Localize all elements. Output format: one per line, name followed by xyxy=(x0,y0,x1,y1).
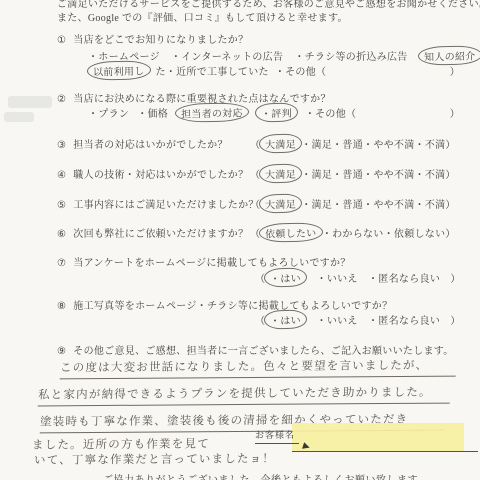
question-8-number: ⑧ xyxy=(57,301,66,312)
question-7-text: 当アンケートをホームページに掲載してもよろしいですか？ xyxy=(73,258,350,269)
option: ・インターネットの広告 xyxy=(171,48,283,63)
close-paren: ） xyxy=(450,105,460,120)
question-5: ⑤工事内容にはご満足いただけましたか？ xyxy=(57,196,259,211)
answer-options: ・いいえ ・匿名なら良い ） xyxy=(306,274,461,285)
handwritten-comment-line-2: 私と家内が納得できるようプランを提供していただき助かりました。 xyxy=(38,384,451,407)
customer-name-label: お客様名 xyxy=(255,428,299,444)
question-6: ⑥次回も弊社にご依頼いただけますか？ xyxy=(57,225,248,240)
answer-options: ・わからない・依頼しない） xyxy=(322,229,456,240)
question-6-answer: （依頼したい・わからない・依頼しない） xyxy=(250,225,456,240)
question-1-number: ① xyxy=(57,35,66,46)
question-2-number: ② xyxy=(57,94,66,105)
option-selected: 大満足 xyxy=(259,194,302,214)
question-4: ④職人の技術・対応はいかがでしたか？ xyxy=(57,166,248,181)
question-9: ⑨その他ご意見、ご感想、担当者に一言ございましたら、ご記入お願いいたします。 xyxy=(57,342,454,357)
question-7-number: ⑦ xyxy=(57,258,66,269)
question-4-answer: （大満足・満足・普通・やや不満・不満） xyxy=(250,166,456,181)
question-4-number: ④ xyxy=(57,170,66,181)
question-9-number: ⑨ xyxy=(57,346,66,357)
question-3-number: ③ xyxy=(57,140,66,151)
option: ・価格 xyxy=(137,105,168,120)
option-selected: 依頼したい xyxy=(259,222,323,242)
question-3: ③担当者の対応はいかがでしたか？ xyxy=(57,136,228,151)
question-6-number: ⑥ xyxy=(57,229,66,240)
question-8: ⑧施工写真等をホームページ・チラシ等に掲載してもよろしいですか？ xyxy=(57,297,392,312)
question-7: ⑦当アンケートをホームページに掲載してもよろしいですか？ xyxy=(57,254,351,269)
option-selected: 大満足 xyxy=(259,134,302,154)
question-3-answer: （大満足・満足・普通・やや不満・不満） xyxy=(250,136,456,151)
option: ・チラシ等の折込み広告 xyxy=(294,48,407,63)
redacted-name-highlight xyxy=(292,423,464,452)
answer-options: ・いいえ ・匿名なら良い ） xyxy=(306,316,461,327)
scanned-survey-page: ご満足いただけるサービスをご提供するため、お客様のご意見やご感想をお聞かせくださ… xyxy=(0,0,480,480)
question-2-options-row: ・プラン ・価格 担当者の対応 ・評判 ・その他（ ） xyxy=(88,105,460,120)
question-4-text: 職人の技術・対応はいかがでしたか？ xyxy=(73,170,248,181)
name-field-underline xyxy=(292,451,478,452)
question-1-text: 当店をどこでお知りになりましたか？ xyxy=(73,35,248,46)
handwritten-comment-line-5: いて、丁寧な作業だと言っていましたョ！ xyxy=(34,450,275,471)
question-1-options-row-2: 以前利用し た・近所で工事していた ・その他（ ） xyxy=(88,63,460,78)
question-6-text: 次回も弊社にご依頼いただけますか？ xyxy=(73,229,248,240)
option-selected: 大満足 xyxy=(259,164,302,184)
question-1-options-row-1: ・ホームページ ・インターネットの広告 ・チラシ等の折込み広告 知人の紹介 xyxy=(88,48,480,63)
scan-smudge xyxy=(8,96,52,108)
option: ・その他（ xyxy=(305,105,357,120)
answer-options: ・満足・普通・やや不満・不満） xyxy=(301,200,456,211)
close-paren: ） xyxy=(450,63,460,78)
question-1: ①当店をどこでお知りになりましたか？ xyxy=(57,31,248,46)
option: ・その他（ xyxy=(275,63,327,78)
answer-options: ・満足・普通・やや不満・不満） xyxy=(301,140,456,151)
answer-options: ・満足・普通・やや不満・不満） xyxy=(301,170,456,181)
question-5-number: ⑤ xyxy=(57,200,66,211)
handwritten-comment-line-1: この度は大変お世話になりました。色々と要望を言いましたが、 xyxy=(60,357,457,380)
intro-line-2: また、Google での『評価、口コミ』もして頂けると幸せます。 xyxy=(57,9,348,24)
scan-smudge xyxy=(4,112,34,122)
option-selected: ・はい xyxy=(264,310,307,330)
question-9-text: その他ご意見、ご感想、担当者に一言ございましたら、ご記入お願いいたします。 xyxy=(73,346,453,357)
question-2: ②当店にお決めになる際に重要視された点はなんですか？ xyxy=(57,90,331,105)
question-8-text: 施工写真等をホームページ・チラシ等に掲載してもよろしいですか？ xyxy=(73,301,392,312)
question-5-text: 工事内容にはご満足いただけましたか？ xyxy=(73,200,258,211)
option: ・プラン xyxy=(88,105,129,120)
option-selected: 担当者の対応 xyxy=(175,102,249,123)
question-8-answer: （・はい ・いいえ ・匿名なら良い ） xyxy=(255,312,461,327)
question-3-text: 担当者の対応はいかがでしたか？ xyxy=(73,140,228,151)
option: た・近所で工事していた xyxy=(156,63,269,78)
option-selected: ・評判 xyxy=(255,103,298,123)
option-selected: ・はい xyxy=(264,268,307,288)
question-5-answer: （大満足・満足・普通・やや不満・不満） xyxy=(250,196,456,211)
question-7-answer: （・はい ・いいえ ・匿名なら良い ） xyxy=(255,270,461,285)
footer-thanks: ご協力ありがとうございました。今後ともよろしくお願い致します xyxy=(103,471,418,480)
option-selected: 以前利用し xyxy=(87,60,151,80)
